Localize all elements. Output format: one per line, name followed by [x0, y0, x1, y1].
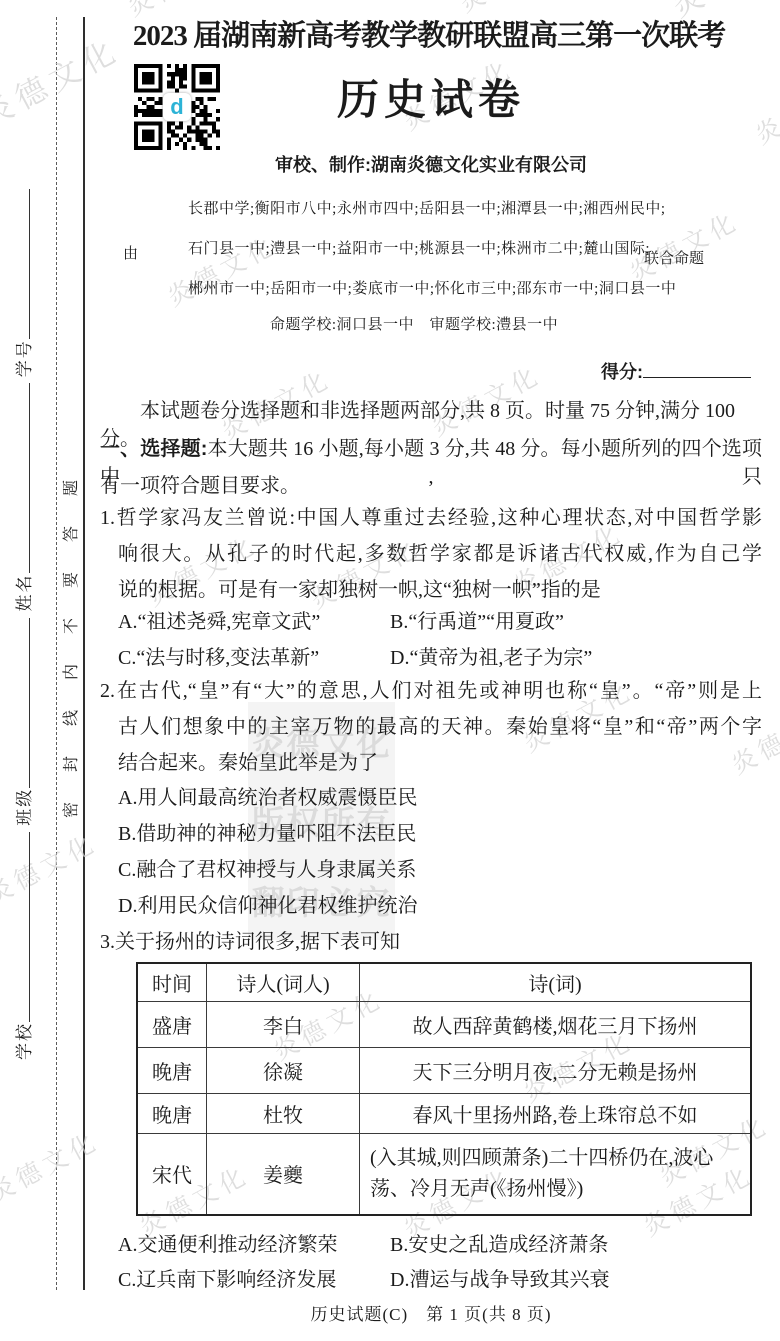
school-field-blank	[14, 832, 30, 1022]
name-field-blank	[14, 384, 30, 574]
question-1-stem-line: 说的根据。可是有一家却独树一帜,这“独树一帜”指的是	[118, 576, 762, 604]
score-blank	[643, 362, 751, 378]
page-title: 2023 届湖南新高考教学教研联盟高三第一次联考	[96, 13, 762, 54]
question-2-option-c: C.融合了君权神授与人身隶属关系	[118, 856, 718, 884]
poem-table: 时间 诗人(词人) 诗(词) 盛唐 李白 故人西辞黄鹤楼,烟花三月下扬州 晚唐 …	[136, 962, 752, 1216]
question-2-stem-line: 结合起来。秦始皇此举是为了	[118, 749, 762, 777]
commission-school-line: 长郡中学;衡阳市八中;永州市四中;岳阳县一中;湘潭县一中;湘西州民中;	[188, 197, 640, 218]
question-3-option-a: A.交通便利推动经济繁荣	[118, 1231, 390, 1259]
table-cell: 姜夔	[207, 1133, 360, 1215]
class-field-blank	[14, 618, 30, 788]
question-1-options-row: C.“法与时移,变法革新” D.“黄帝为祖,老子为宗”	[118, 644, 718, 672]
question-3-option-c: C.辽兵南下影响经济发展	[118, 1266, 390, 1294]
student-number-field-label: 学号	[15, 339, 34, 377]
question-3-option-d: D.漕运与战争导致其兴衰	[390, 1266, 609, 1294]
producer-line: 审校、制作:湖南炎德文化实业有限公司	[100, 151, 762, 177]
table-row: 晚唐 杜牧 春风十里扬州路,卷上珠帘总不如	[137, 1093, 751, 1133]
table-cell: 春风十里扬州路,卷上珠帘总不如	[360, 1093, 752, 1133]
question-1-stem-line: 1.哲学家冯友兰曾说:中国人尊重过去经验,这种心理状态,对中国哲学影	[100, 504, 762, 532]
question-1-option-a: A.“祖述尧舜,宪章文武”	[118, 608, 390, 636]
table-cell: 徐凝	[207, 1047, 360, 1093]
question-3-options-row: A.交通便利推动经济繁荣 B.安史之乱造成经济萧条	[118, 1231, 718, 1259]
commission-school-line: 郴州市一中;岳阳市一中;娄底市一中;怀化市三中;邵东市一中;洞口县一中	[188, 277, 640, 298]
table-cell: (入其城,则四顾萧条)二十四桥仍在,波心荡、冷月无声(《扬州慢》)	[360, 1133, 752, 1215]
question-2-number: 2.	[100, 680, 115, 702]
table-row: 盛唐 李白 故人西辞黄鹤楼,烟花三月下扬州	[137, 1001, 751, 1047]
exam-paper-page: 炎德文化 炎德文化 炎德文化 炎德文化 炎德文化 炎德文化 炎德文化 炎德文化 …	[0, 0, 780, 1341]
table-header-poet: 诗人(词人)	[207, 963, 360, 1001]
section-one-heading-line: 有一项符合题目要求。	[100, 472, 762, 500]
seal-line-text: 密封线内不要答题	[58, 418, 81, 818]
student-number-field-blank	[14, 189, 30, 339]
page-border-line	[83, 17, 85, 1290]
question-2-option-b: B.借助神的神秘力量吓阻不法臣民	[118, 820, 718, 848]
table-row: 晚唐 徐凝 天下三分明月夜,二分无赖是扬州	[137, 1047, 751, 1093]
table-cell: 故人西辞黄鹤楼,烟花三月下扬州	[360, 1001, 752, 1047]
table-cell: 晚唐	[137, 1047, 207, 1093]
subject-title: 历史试卷	[100, 67, 762, 127]
score-box: 得分:	[601, 358, 751, 384]
table-header-poem: 诗(词)	[360, 963, 752, 1001]
question-1-number: 1.	[100, 507, 115, 529]
question-3-option-b: B.安史之乱造成经济萧条	[390, 1231, 608, 1259]
table-cell: 李白	[207, 1001, 360, 1047]
question-3-options-row: C.辽兵南下影响经济发展 D.漕运与战争导致其兴衰	[118, 1266, 718, 1294]
question-2-stem-line: 古人们想象中的主宰万物的最高的天神。秦始皇将“皇”和“帝”两个字	[118, 713, 762, 741]
commission-school-line: 命题学校:洞口县一中 审题学校:澧县一中	[188, 313, 640, 334]
question-1-option-d: D.“黄帝为祖,老子为宗”	[390, 644, 592, 672]
page-footer: 历史试题(C) 第 1 页(共 8 页)	[100, 1300, 762, 1325]
commission-prefix: 由	[123, 242, 138, 263]
commission-school-line: 石门县一中;澧县一中;益阳市一中;桃源县一中;株洲市二中;麓山国际;	[188, 237, 640, 258]
school-field-label: 学校	[15, 1022, 34, 1060]
question-3-number: 3.	[100, 931, 115, 953]
seal-dashed-line	[56, 17, 57, 1290]
question-3-stem-line: 3.关于扬州的诗词很多,据下表可知	[100, 928, 762, 956]
score-label: 得分:	[601, 362, 643, 382]
table-cell: 天下三分明月夜,二分无赖是扬州	[360, 1047, 752, 1093]
question-2-option-a: A.用人间最高统治者权威震慑臣民	[118, 784, 718, 812]
table-cell: 宋代	[137, 1133, 207, 1215]
question-2-stem-line: 2.在古代,“皇”有“大”的意思,人们对祖先或神明也称“皇”。“帝”则是上	[100, 677, 762, 705]
table-row: 宋代 姜夔 (入其城,则四顾萧条)二十四桥仍在,波心荡、冷月无声(《扬州慢》)	[137, 1133, 751, 1215]
question-1-option-b: B.“行禹道”“用夏政”	[390, 608, 564, 636]
table-header-row: 时间 诗人(词人) 诗(词)	[137, 963, 751, 1001]
question-2-option-d: D.利用民众信仰神化君权维护统治	[118, 892, 718, 920]
class-field-label: 班级	[15, 788, 34, 826]
table-header-time: 时间	[137, 963, 207, 1001]
question-1-stem-line: 响很大。从孔子的时代起,多数哲学家都是诉诸古代权威,作为自己学	[118, 540, 762, 568]
name-field-label: 姓名	[15, 574, 34, 612]
table-cell: 杜牧	[207, 1093, 360, 1133]
question-1-options-row: A.“祖述尧舜,宪章文武” B.“行禹道”“用夏政”	[118, 608, 718, 636]
student-info-fields: 学校 班级 姓名 学号	[10, 0, 35, 1290]
section-one-label: 一、选择题:	[100, 438, 207, 460]
commission-suffix: 联合命题	[644, 247, 704, 268]
table-cell: 盛唐	[137, 1001, 207, 1047]
question-1-option-c: C.“法与时移,变法革新”	[118, 644, 390, 672]
table-cell: 晚唐	[137, 1093, 207, 1133]
